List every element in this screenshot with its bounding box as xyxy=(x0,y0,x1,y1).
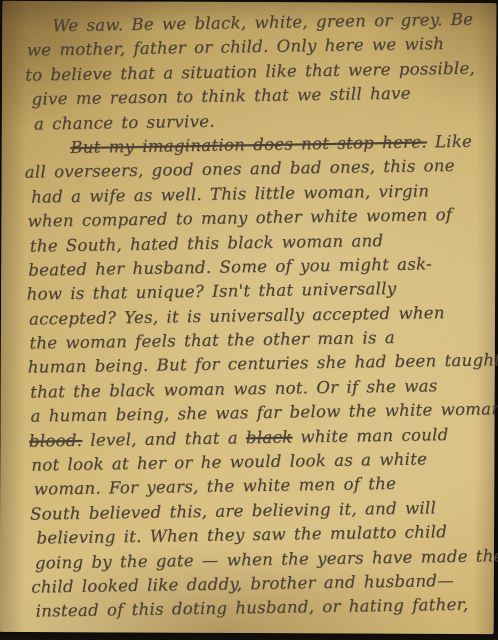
text-segment: Like xyxy=(427,132,473,152)
text-segment: we mother, father or child. Only here we… xyxy=(27,34,445,60)
text-segment: instead of this doting husband, or hatin… xyxy=(35,595,468,621)
text-segment: woman. For years, the white men of the xyxy=(34,474,397,499)
text-segment: going by the gate — when the years have … xyxy=(35,546,498,572)
struck-text: blood. xyxy=(29,430,83,450)
text-segment: level, and that a xyxy=(82,428,246,450)
text-segment: when compared to many other white women … xyxy=(27,205,452,231)
text-segment: a chance to survive. xyxy=(34,111,215,133)
text-segment: not look at her or he would look as a wh… xyxy=(31,449,427,474)
text-segment: human being. But for centuries she had b… xyxy=(28,351,498,377)
text-segment: that the black woman was not. Or if she … xyxy=(30,376,438,401)
text-segment: the South, hated this black woman and xyxy=(30,231,384,256)
photo-frame: We saw. Be we black, white, green or gre… xyxy=(0,0,498,640)
struck-text: black xyxy=(246,427,293,447)
text-segment: all overseers, good ones and bad ones, t… xyxy=(25,156,455,182)
text-segment: give me reason to think that we still ha… xyxy=(31,84,410,109)
text-segment: white man could xyxy=(292,425,448,446)
handwriting-lines: We saw. Be we black, white, green or gre… xyxy=(22,7,494,624)
text-segment: South believed this, are believing it, a… xyxy=(30,498,436,523)
text-segment: had a wife as well. This little woman, v… xyxy=(31,181,429,206)
text-segment: to believe that a situation like that we… xyxy=(25,58,475,84)
text-segment: how is that unique? Isn't that universal… xyxy=(26,279,396,304)
manuscript-page: We saw. Be we black, white, green or gre… xyxy=(0,1,496,634)
text-segment: believing it. When they saw the mulatto … xyxy=(36,522,447,547)
text-segment: beated her husband. Some of you might as… xyxy=(28,254,432,279)
struck-text: But my imagination does not stop here. xyxy=(70,132,427,157)
text-segment: accepted? Yes, it is universally accepte… xyxy=(29,303,445,329)
text-segment: child looked like daddy, brother and hus… xyxy=(31,571,454,597)
text-segment: a human being, she was far below the whi… xyxy=(30,399,498,426)
text-segment: We saw. Be we black, white, green or gre… xyxy=(52,10,473,36)
text-segment: the woman feels that the other man is a xyxy=(29,328,395,353)
